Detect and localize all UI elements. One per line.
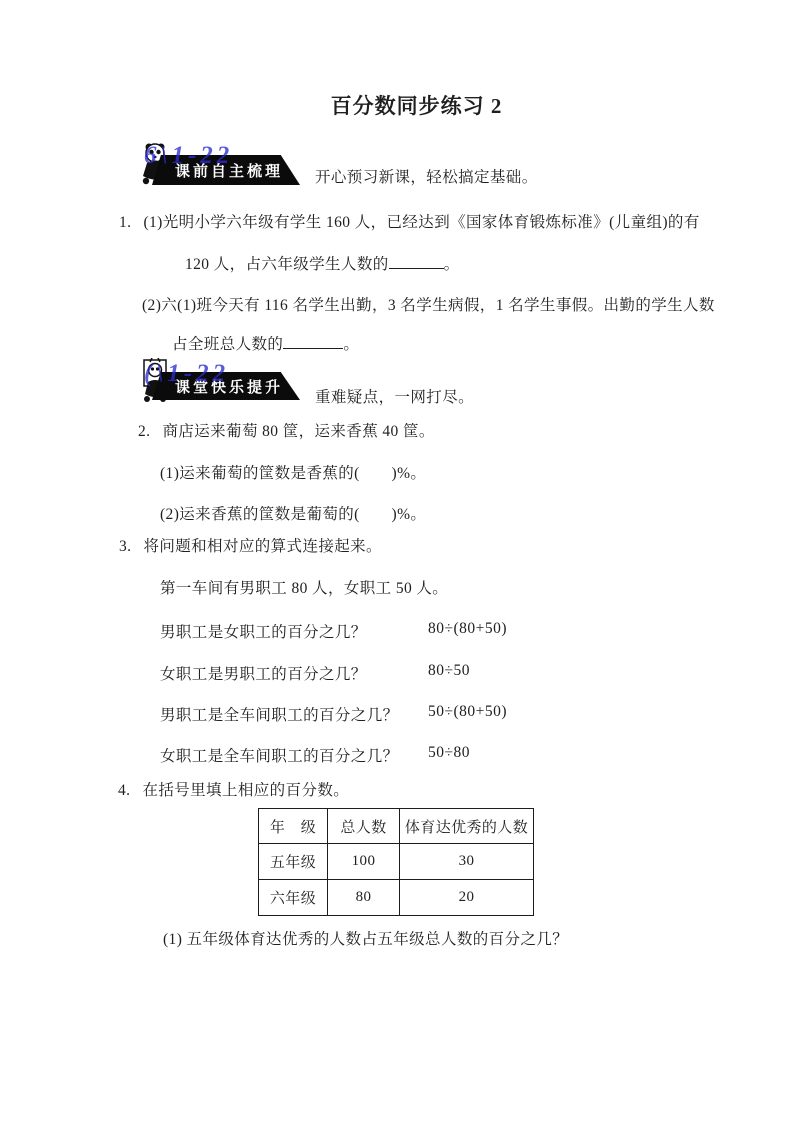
match-expression: 80÷50 [428,662,470,680]
match-expression: 80÷(80+50) [428,620,507,638]
match-question: 女职工是男职工的百分之几？ [160,662,367,684]
worksheet-page: 百分数同步练习 2 课前自主梳理 6\1-22 开心预习新课，轻松搞定基础。 1… [0,0,793,1122]
q4-number: 4. [118,782,130,799]
q2-sub1: (1)运来葡萄的筐数是香蕉的( )%。 [160,463,426,484]
q1-part2-text: (2)六(1)班今天有 116 名学生出勤，3 名学生病假，1 名学生事假。出勤… [142,297,715,314]
q3-number: 3. [119,538,131,555]
q1-part1-blank-suffix: 。 [444,256,460,273]
q2-heading-line: 2.商店运来葡萄 80 筐，运来香蕉 40 筐。 [138,421,435,442]
banner-in-class-overlay: (\1-22 [144,360,229,388]
match-question: 男职工是女职工的百分之几？ [160,620,367,642]
q4-heading-text: 在括号里填上相应的百分数。 [142,782,349,799]
q1-part1-answer-blank [389,268,444,269]
table-header-total: 总人数 [328,809,400,844]
table-cell: 100 [328,844,400,880]
q1-line4: 占全班总人数的。 [172,334,359,355]
table-cell: 五年级 [259,844,328,880]
q1-number: 1. [119,214,131,231]
q1-line3: (2)六(1)班今天有 116 名学生出勤，3 名学生病假，1 名学生事假。出勤… [142,295,715,316]
banner-in-class-tagline: 重难疑点，一网打尽。 [315,385,474,407]
banner-in-class: 课堂快乐提升 (\1-22 [140,362,330,418]
grade-statistics-table: 年 级 总人数 体育达优秀的人数 五年级 100 30 六年级 80 20 [258,808,534,916]
banner-pre-class-tagline: 开心预习新课，轻松搞定基础。 [315,165,538,187]
table-cell: 六年级 [259,880,328,916]
q1-part1-text: (1)光明小学六年级有学生 160 人，已经达到《国家体育锻炼标准》(儿童组)的… [143,214,699,231]
q1-line1: 1.(1)光明小学六年级有学生 160 人，已经达到《国家体育锻炼标准》(儿童组… [119,212,700,233]
page-title: 百分数同步练习 2 [40,90,793,120]
table-cell: 20 [400,880,534,916]
table-row: 六年级 80 20 [259,880,534,916]
q1-line2: 120 人，占六年级学生人数的。 [185,254,460,275]
q2-number: 2. [138,423,150,440]
match-row-1: 男职工是女职工的百分之几？ 80÷(80+50) [0,620,793,642]
q4-heading-line: 4.在括号里填上相应的百分数。 [118,780,349,801]
match-row-2: 女职工是男职工的百分之几？ 80÷50 [0,662,793,684]
table-header-excellent: 体育达优秀的人数 [400,809,534,844]
q1-part2-blank-prefix: 占全班总人数的 [172,336,283,353]
match-question: 男职工是全车间职工的百分之几？ [160,703,399,725]
q1-part2-blank-suffix: 。 [343,336,359,353]
table-row: 五年级 100 30 [259,844,534,880]
match-expression: 50÷80 [428,744,470,762]
table-header-row: 年 级 总人数 体育达优秀的人数 [259,809,534,844]
banner-pre-class-overlay: 6\1-22 [144,142,233,170]
q3-intro: 第一车间有男职工 80 人，女职工 50 人。 [160,578,448,599]
q1-part2-answer-blank [283,348,343,349]
table-cell: 80 [328,880,400,916]
table-cell: 30 [400,844,534,880]
table-header-grade: 年 级 [259,809,328,844]
banner-pre-class: 课前自主梳理 6\1-22 [140,140,330,196]
q2-sub2: (2)运来香蕉的筐数是葡萄的( )%。 [160,504,426,525]
q3-heading-line: 3.将问题和相对应的算式连接起来。 [119,536,382,557]
match-expression: 50÷(80+50) [428,703,507,721]
q3-heading-text: 将问题和相对应的算式连接起来。 [143,538,382,555]
q2-heading-text: 商店运来葡萄 80 筐，运来香蕉 40 筐。 [162,423,434,440]
match-row-3: 男职工是全车间职工的百分之几？ 50÷(80+50) [0,703,793,725]
match-question: 女职工是全车间职工的百分之几？ [160,744,399,766]
match-row-4: 女职工是全车间职工的百分之几？ 50÷80 [0,744,793,766]
q1-part1-blank-prefix: 120 人，占六年级学生人数的 [185,256,389,273]
q4-sub1: (1) 五年级体育达优秀的人数占五年级总人数的百分之几？ [163,929,568,950]
